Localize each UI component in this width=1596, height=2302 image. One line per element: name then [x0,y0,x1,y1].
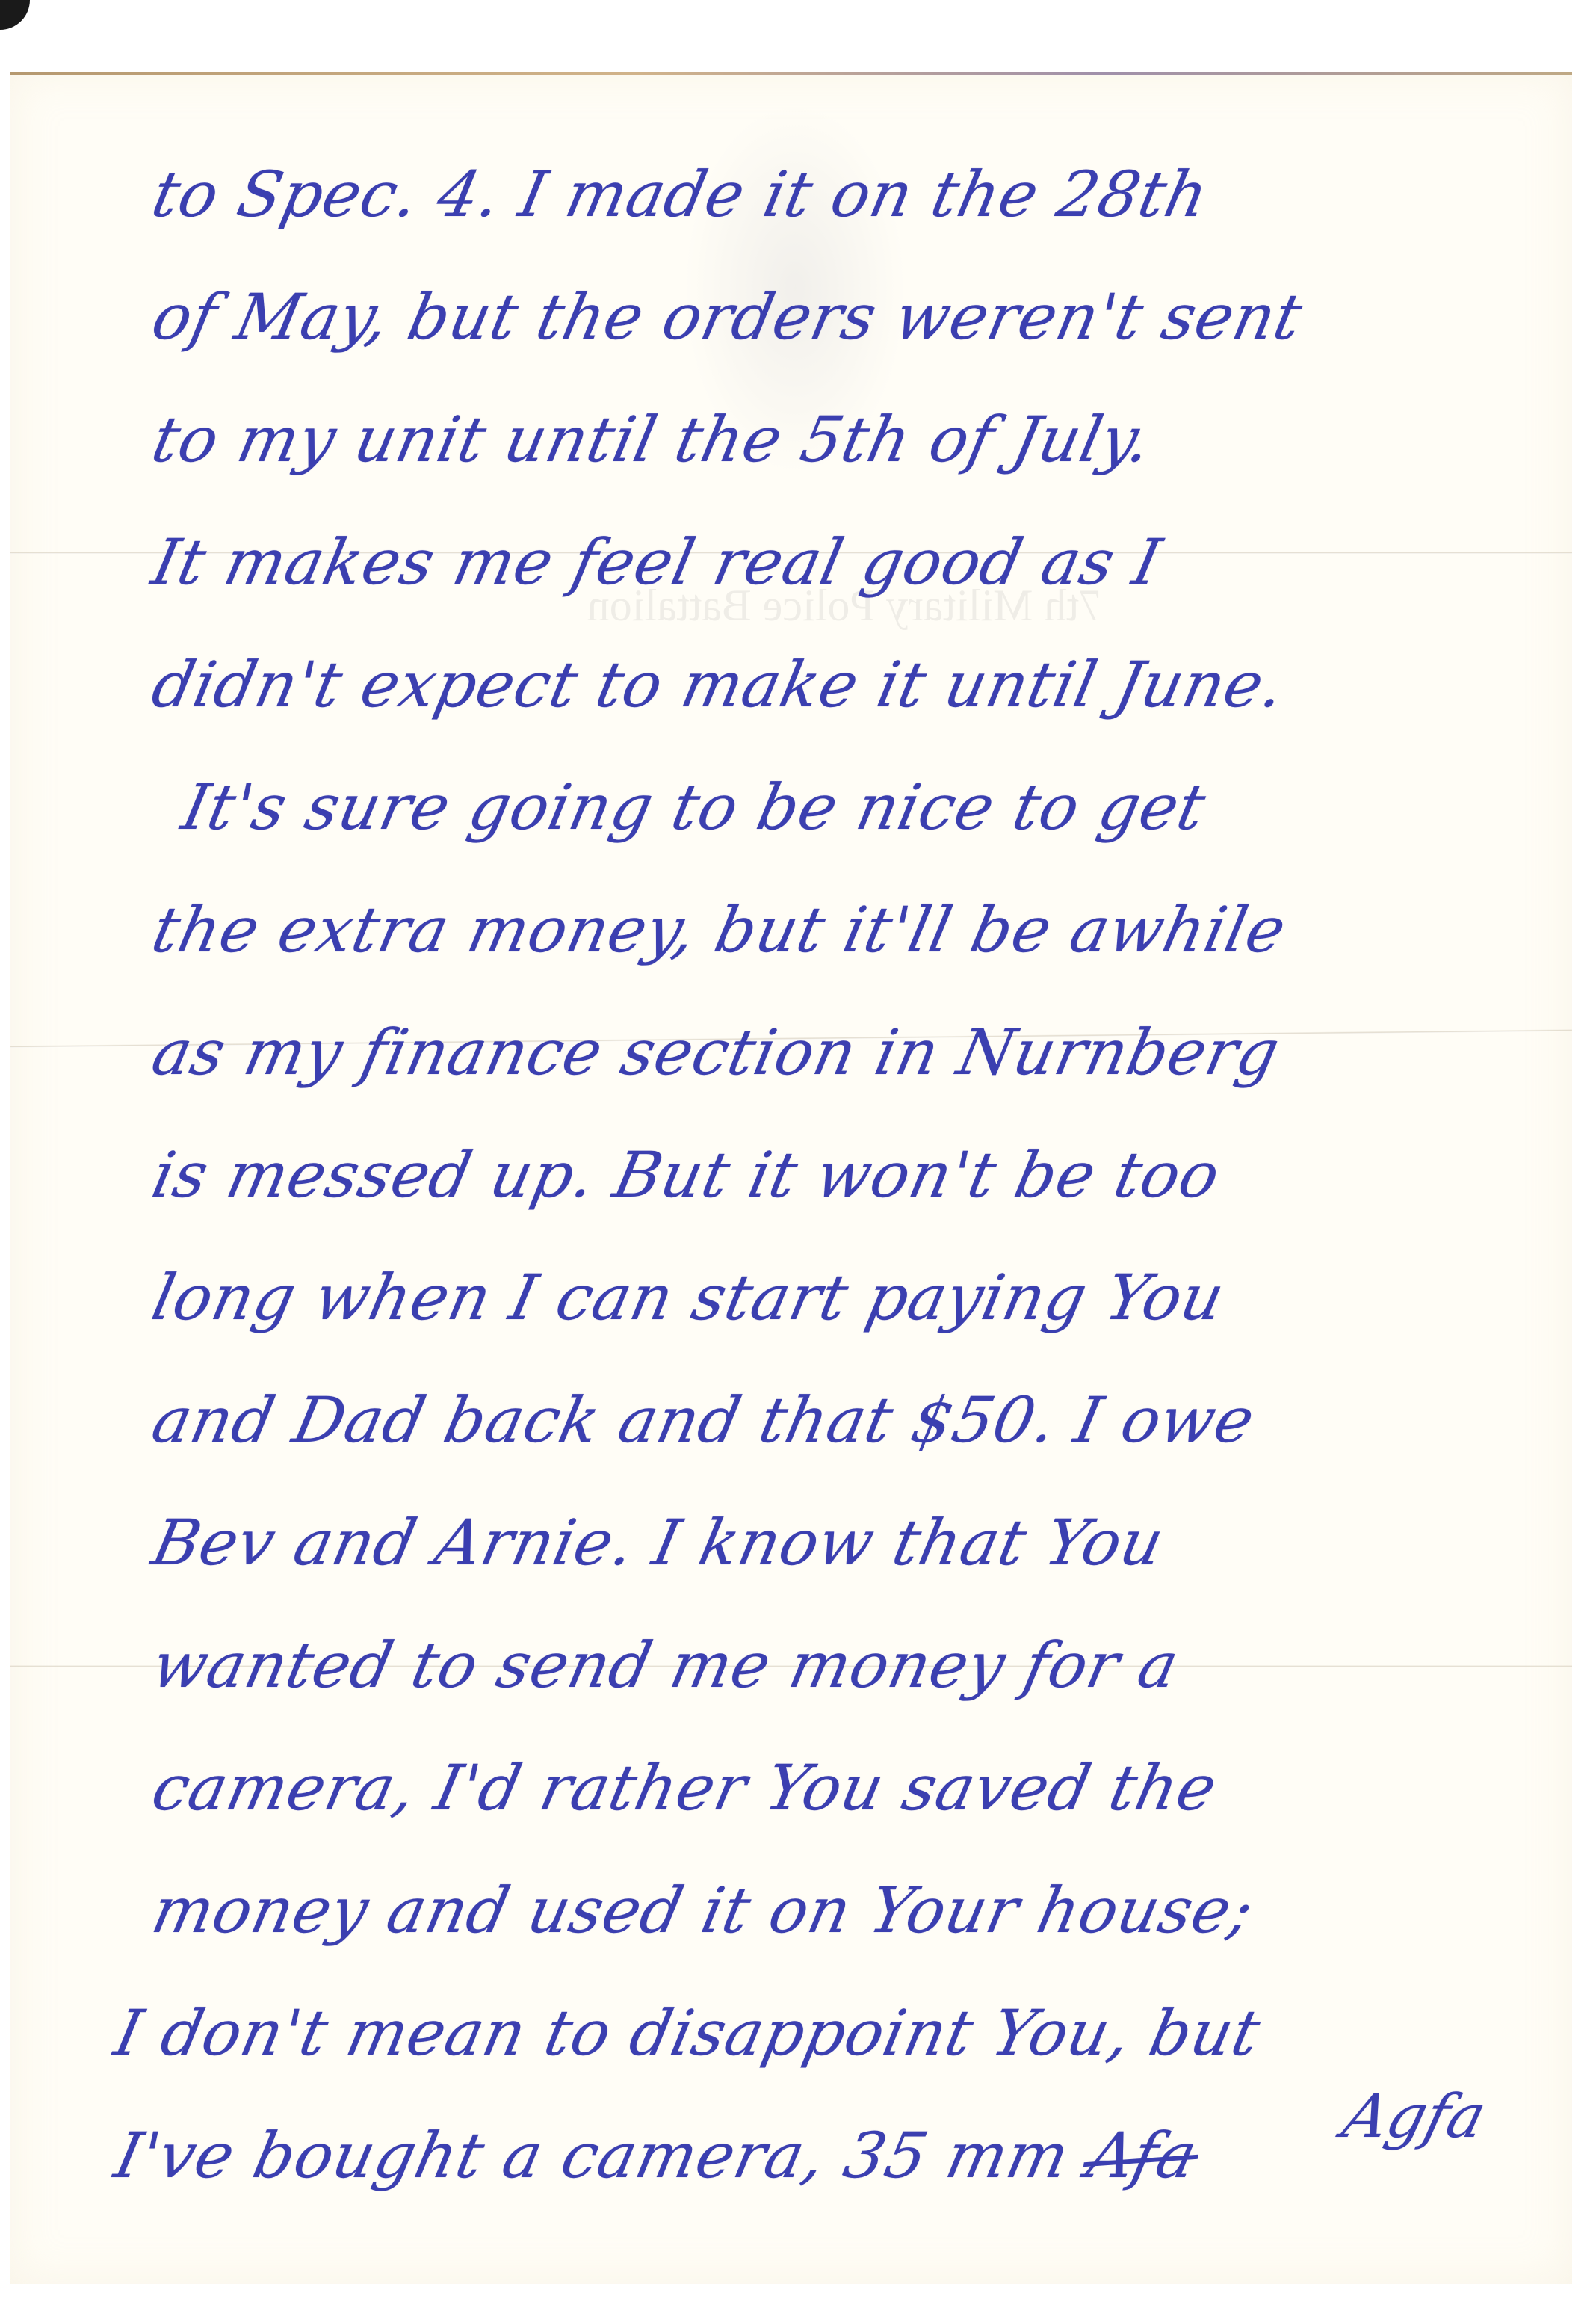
letter-line-text: I've bought a camera, 35 mm [108,2119,1076,2192]
letter-line: camera, I'd rather You saved the [137,1747,1508,1869]
letter-line: wanted to send me money for a [137,1624,1508,1747]
letter-line: I don't mean to disappoint You, but [99,1992,1508,2114]
letter-line-last: I've bought a camera, 35 mm Afa [99,2114,1508,2237]
letter-body: to Spec. 4. I made it on the 28th of May… [149,153,1494,2237]
letter-line: and Dad back and that $50. I owe [137,1379,1508,1502]
letter-line: money and used it on Your house; [137,1869,1508,1992]
letter-line: as my finance section in Nurnberg [137,1011,1508,1134]
letter-line: of May, but the orders weren't sent [137,276,1508,398]
letter-line: didn't expect to make it until June. [137,644,1508,766]
letter-line: long when I can start paying You [137,1256,1508,1379]
letter-line: It makes me feel real good as I [137,521,1508,644]
struck-out-word: Afa [1080,2114,1204,2197]
letter-line: Bev and Arnie. I know that You [137,1502,1508,1624]
letter-line: is messed up. But it won't be too [137,1134,1508,1256]
scan-corner-shadow [0,0,30,30]
letter-line: to my unit until the 5th of July. [137,398,1508,521]
inserted-correction: Agfa [1336,2082,1492,2151]
letter-line: It's sure going to be nice to get [137,766,1508,889]
letter-line: the extra money, but it'll be awhile [137,889,1508,1011]
letter-line: to Spec. 4. I made it on the 28th [137,153,1508,276]
